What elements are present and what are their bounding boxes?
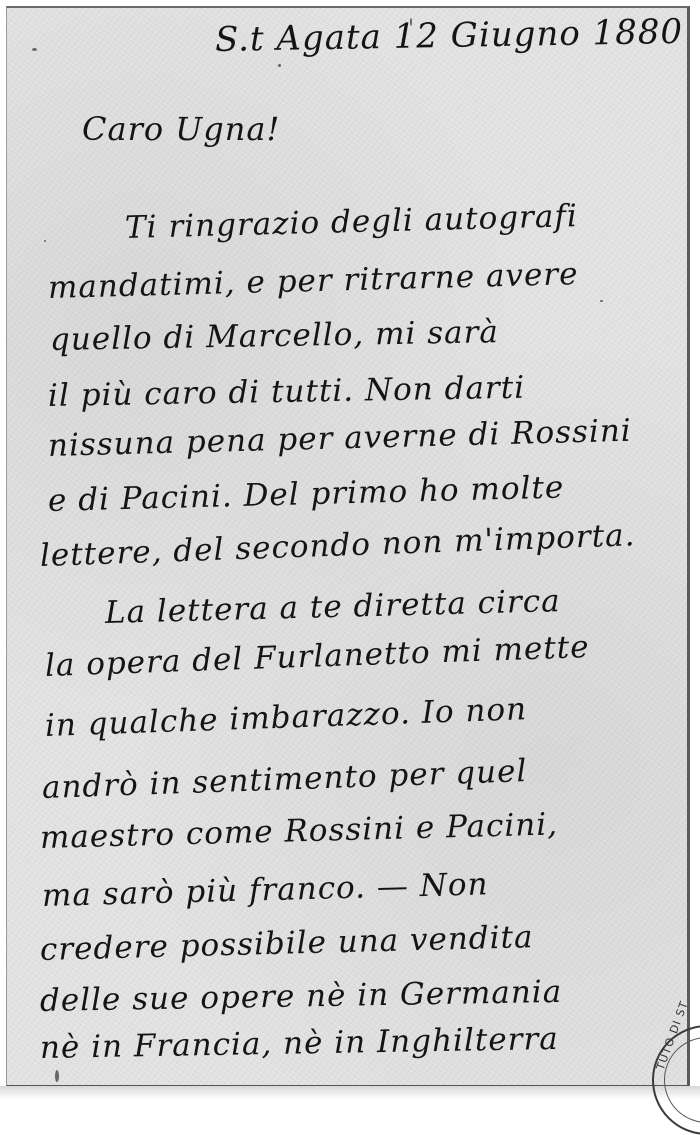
paper-speck bbox=[32, 48, 37, 51]
paper-speck bbox=[44, 240, 46, 242]
paper-edge bbox=[0, 1086, 700, 1099]
letter-dateline: S.t Agata 12 Giugno 1880 bbox=[215, 12, 684, 60]
paper-speck bbox=[600, 300, 603, 302]
paper-speck bbox=[278, 64, 281, 67]
paper-speck bbox=[55, 1070, 59, 1082]
letter-greeting: Caro Ugna! bbox=[82, 110, 280, 148]
